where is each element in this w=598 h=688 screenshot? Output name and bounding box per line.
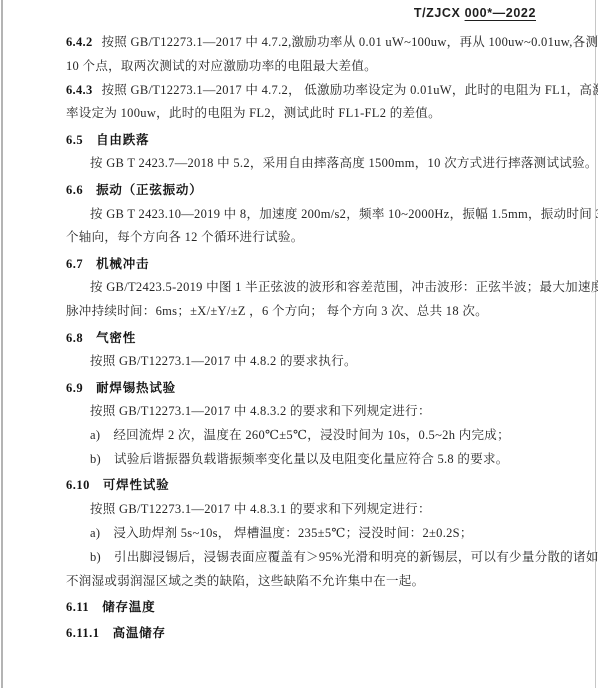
paragraph-continuation-line: 个轴向，每个方向各 12 个循环进行试验。	[66, 226, 590, 250]
paragraph-continuation-line: 脉冲持续时间：6ms；±X/±Y/±Z ，6 个方向； 每个方向 3 次、总共 …	[66, 300, 590, 324]
line-text: 10 个点，取两次测试的对应激励功率的电阻最大差值。	[66, 59, 377, 73]
paragraph-first-line: 按照 GB/T12273.1—2017 中 4.8.3.1 的要求和下列规定进行…	[66, 498, 590, 522]
list-item-line: a)经回流焊 2 次，温度在 260℃±5℃，浸没时间为 10s，0.5~2h …	[66, 424, 590, 448]
section-number: 6.4.3	[66, 83, 93, 97]
line-text: 脉冲持续时间：6ms；±X/±Y/±Z ，6 个方向； 每个方向 3 次、总共 …	[66, 304, 488, 318]
paragraph-first-line: 按照 GB/T12273.1—2017 中 4.8.2 的要求执行。	[66, 350, 590, 374]
line-text: 可焊性试验	[103, 478, 170, 492]
line-text: 经回流焊 2 次，温度在 260℃±5℃，浸没时间为 10s，0.5~2h 内完…	[113, 428, 510, 442]
line-text: 高温储存	[113, 626, 166, 640]
section-number: 6.10	[66, 478, 90, 492]
section-heading: 6.9耐焊锡热试验	[66, 377, 590, 401]
section-number: 6.11.1	[66, 626, 100, 640]
section-heading: 6.11储存温度	[66, 596, 590, 620]
paragraph-continuation-line: 率设定为 100uw，此时的电阻为 FL2，测试此时 FL1-FL2 的差值。	[66, 102, 590, 126]
list-item-line: b)引出脚浸锡后，浸锡表面应覆盖有＞95%光滑和明亮的新锡层，可以有少量分散的诸…	[66, 546, 590, 570]
line-text: 引出脚浸锡后，浸锡表面应覆盖有＞95%光滑和明亮的新锡层，可以有少量分散的诸如针…	[114, 550, 598, 564]
document-content: 6.4.2按照 GB/T12273.1—2017 中 4.7.2,激励功率从 0…	[66, 31, 590, 646]
page-right-edge	[595, 0, 596, 688]
clause-paragraph-line: 6.4.2按照 GB/T12273.1—2017 中 4.7.2,激励功率从 0…	[66, 31, 590, 55]
section-number: 6.8	[66, 331, 83, 345]
line-text: 按照 GB/T12273.1—2017 中 4.7.2,激励功率从 0.01 u…	[102, 35, 598, 49]
line-text: 不润湿或弱润湿区域之类的缺陷，这些缺陷不允许集中在一起。	[66, 574, 424, 588]
line-text: 按 GB/T2423.5-2019 中图 1 半正弦波的波形和容差范围，冲击波形…	[90, 280, 598, 294]
line-text: 按照 GB/T12273.1—2017 中 4.7.2， 低激励功率设定为 0.…	[102, 83, 598, 97]
standard-number-value: 000*—2022	[465, 6, 536, 20]
section-number: 6.6	[66, 183, 83, 197]
list-item-line: b)试验后谐振器负载谐振频率变化量以及电阻变化量应符合 5.8 的要求。	[66, 448, 590, 472]
line-text: 耐焊锡热试验	[96, 381, 176, 395]
line-text: 按 GB T 2423.7—2018 中 5.2，采用自由摔落高度 1500mm…	[90, 156, 598, 170]
line-text: 气密性	[96, 331, 136, 345]
section-number: 6.9	[66, 381, 83, 395]
standard-number-prefix: T/ZJCX	[414, 6, 465, 20]
section-number: 6.5	[66, 133, 83, 147]
line-text: 率设定为 100uw，此时的电阻为 FL2，测试此时 FL1-FL2 的差值。	[66, 106, 441, 120]
paragraph-continuation-line: 10 个点，取两次测试的对应激励功率的电阻最大差值。	[66, 55, 590, 79]
section-heading: 6.11.1高温储存	[66, 622, 590, 646]
line-text: 振动（正弦振动）	[96, 183, 202, 197]
paragraph-first-line: 按 GB T 2423.7—2018 中 5.2，采用自由摔落高度 1500mm…	[66, 152, 590, 176]
section-heading: 6.5自由跌落	[66, 129, 590, 153]
section-heading: 6.10可焊性试验	[66, 474, 590, 498]
list-item-line: a)浸入助焊剂 5s~10s， 焊槽温度：235±5℃；浸没时间：2±0.2S；	[66, 522, 590, 546]
list-item-marker: a)	[90, 526, 100, 540]
line-text: 按照 GB/T12273.1—2017 中 4.8.3.1 的要求和下列规定进行…	[90, 502, 431, 516]
line-text: 储存温度	[102, 600, 155, 614]
section-heading: 6.7机械冲击	[66, 253, 590, 277]
page-left-edge	[1, 0, 3, 688]
paragraph-first-line: 按 GB/T2423.5-2019 中图 1 半正弦波的波形和容差范围，冲击波形…	[66, 276, 590, 300]
section-number: 6.7	[66, 257, 83, 271]
section-heading: 6.8气密性	[66, 327, 590, 351]
standard-number-header: T/ZJCX 000*—2022	[414, 6, 536, 20]
paragraph-first-line: 按照 GB/T12273.1—2017 中 4.8.3.2 的要求和下列规定进行…	[66, 400, 590, 424]
line-text: 试验后谐振器负载谐振频率变化量以及电阻变化量应符合 5.8 的要求。	[114, 452, 509, 466]
line-text: 按照 GB/T12273.1—2017 中 4.8.2 的要求执行。	[90, 354, 357, 368]
list-item-marker: a)	[90, 428, 100, 442]
line-text: 机械冲击	[96, 257, 149, 271]
paragraph-continuation-line: 不润湿或弱润湿区域之类的缺陷，这些缺陷不允许集中在一起。	[66, 570, 590, 594]
section-number: 6.4.2	[66, 35, 93, 49]
section-heading: 6.6振动（正弦振动）	[66, 179, 590, 203]
line-text: 个轴向，每个方向各 12 个循环进行试验。	[66, 230, 304, 244]
line-text: 浸入助焊剂 5s~10s， 焊槽温度：235±5℃；浸没时间：2±0.2S；	[113, 526, 472, 540]
document-page: T/ZJCX 000*—2022 6.4.2按照 GB/T12273.1—201…	[0, 0, 598, 688]
paragraph-first-line: 按 GB T 2423.10—2019 中 8，加速度 200m/s2，频率 1…	[66, 203, 590, 227]
section-number: 6.11	[66, 600, 89, 614]
line-text: 按照 GB/T12273.1—2017 中 4.8.3.2 的要求和下列规定进行…	[90, 404, 431, 418]
list-item-marker: b)	[90, 452, 101, 466]
list-item-marker: b)	[90, 550, 101, 564]
line-text: 自由跌落	[96, 133, 149, 147]
clause-paragraph-line: 6.4.3按照 GB/T12273.1—2017 中 4.7.2， 低激励功率设…	[66, 79, 590, 103]
line-text: 按 GB T 2423.10—2019 中 8，加速度 200m/s2，频率 1…	[90, 207, 598, 221]
